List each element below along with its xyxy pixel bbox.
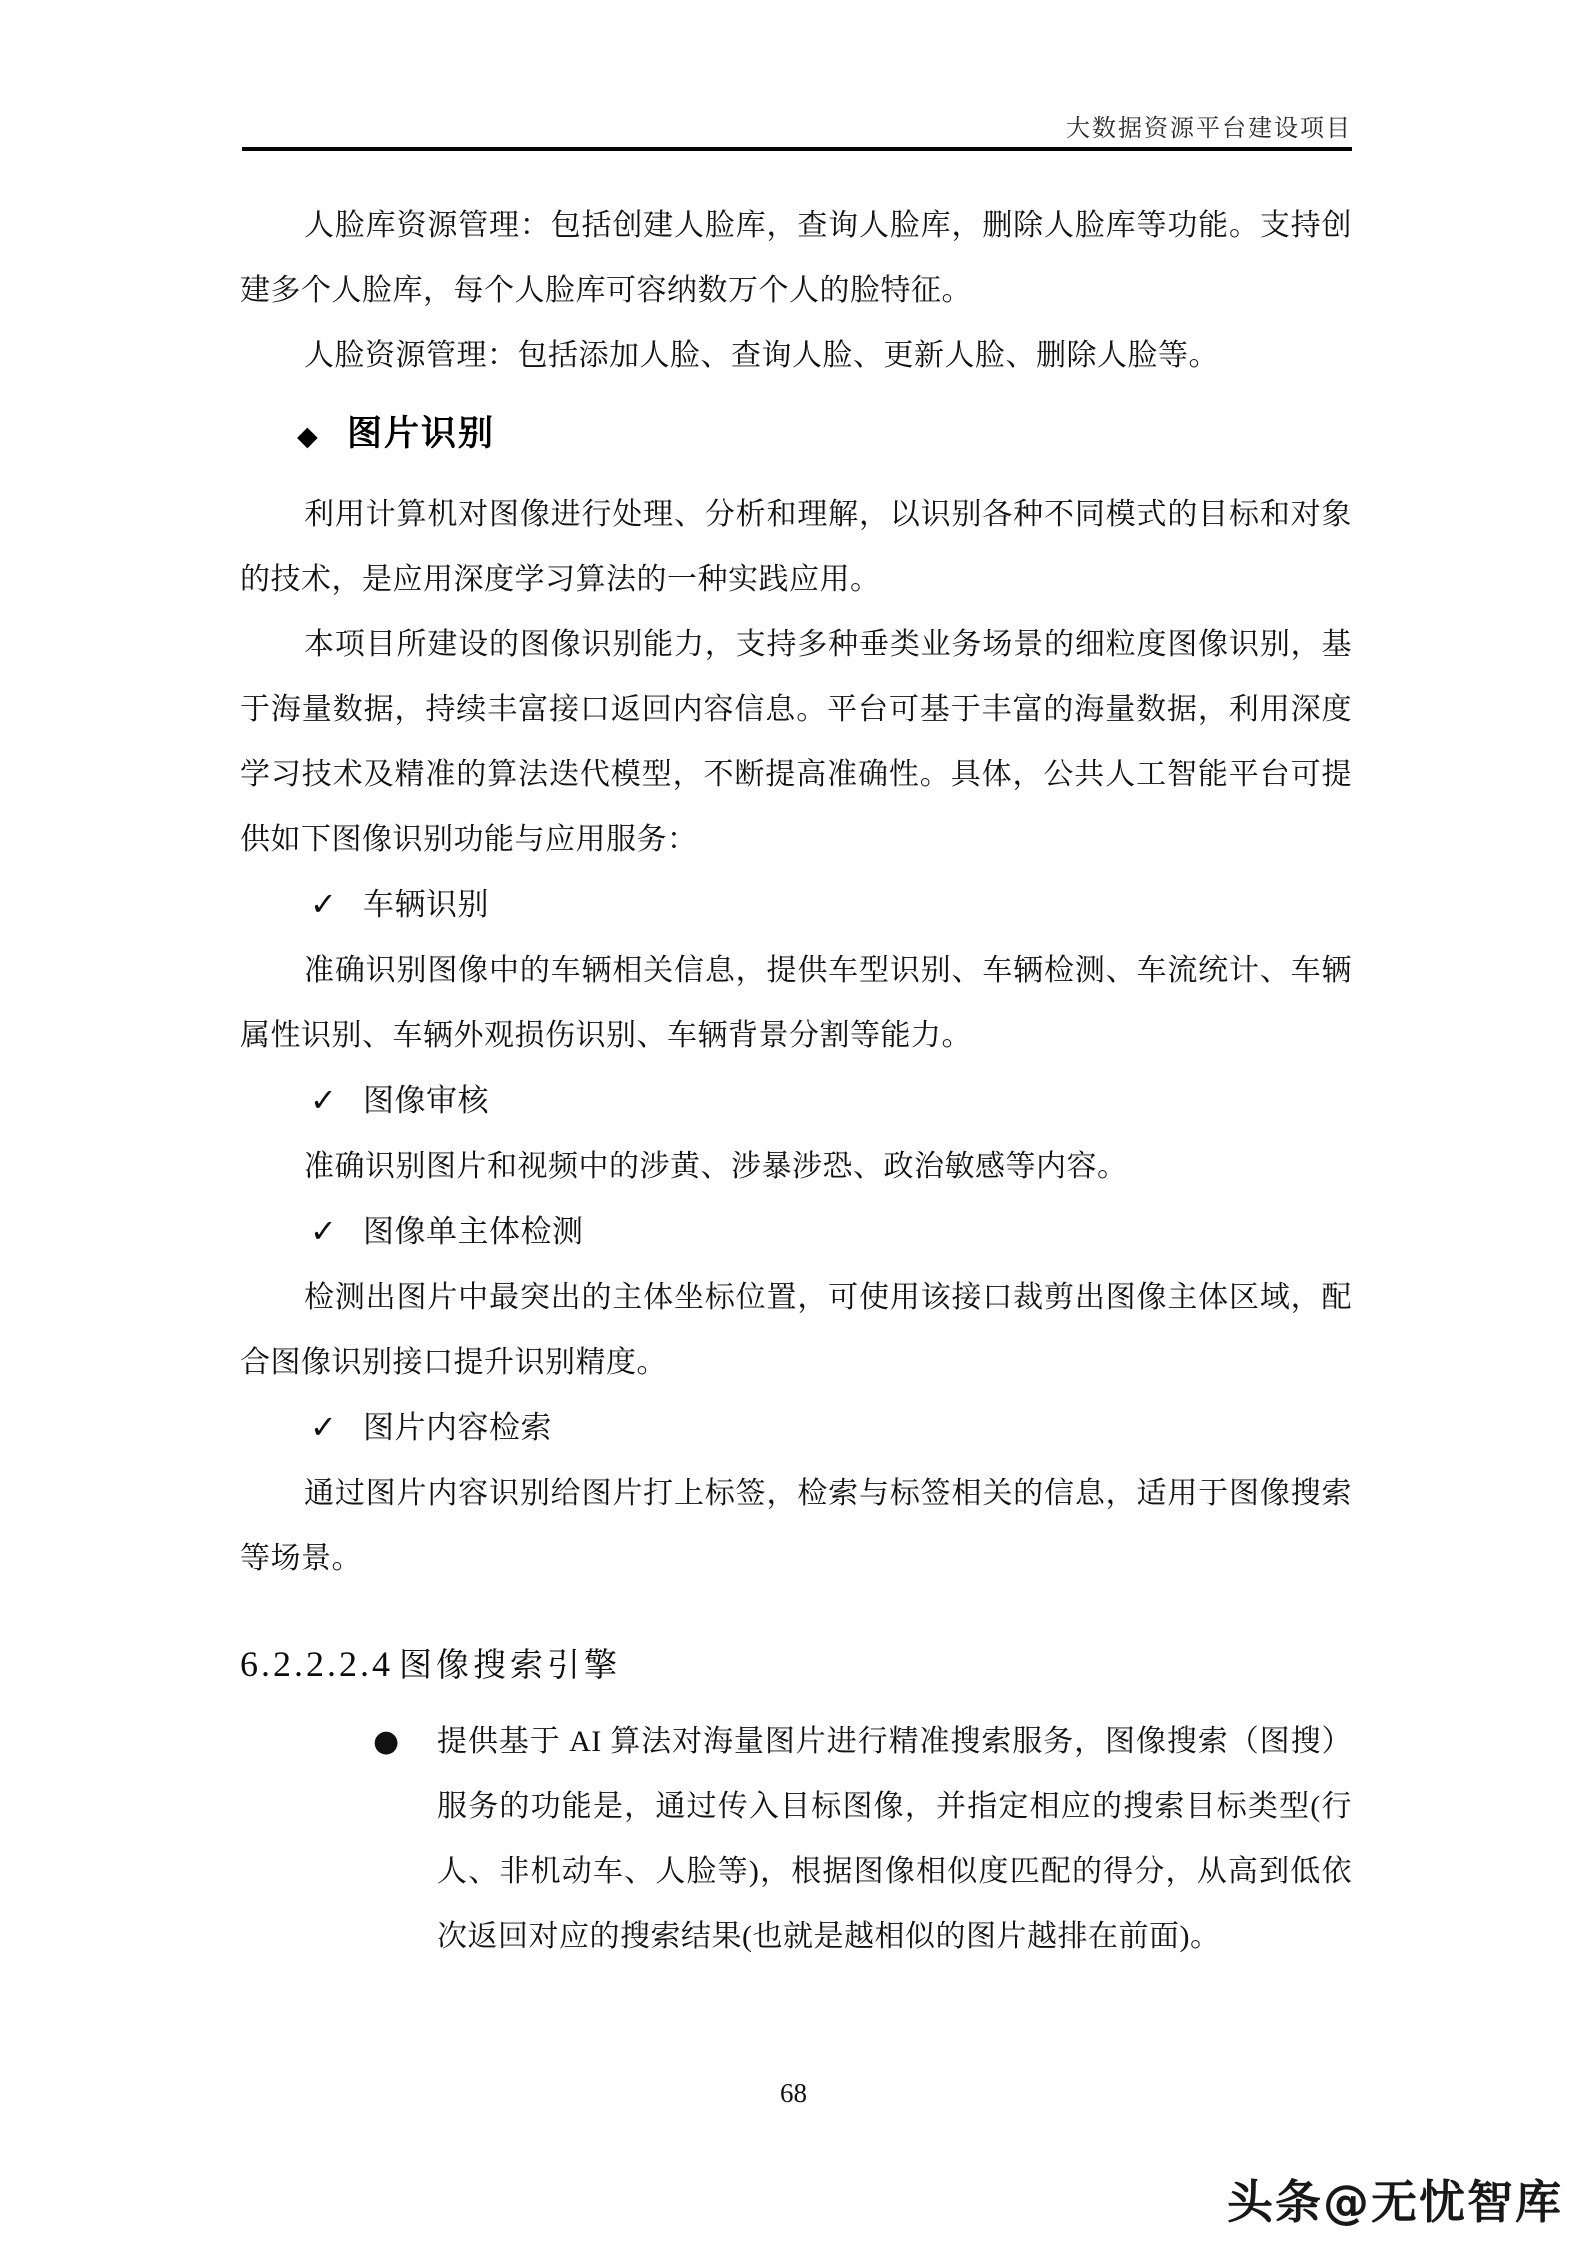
checklist-item-content-retrieval: ✓图片内容检索 [240,1395,1352,1461]
section-title: 图像搜索引擎 [399,1648,621,1684]
paragraph-single-subject: 检测出图片中最突出的主体坐标位置，可使用该接口裁剪出图像主体区域，配合图像识别接… [240,1265,1352,1395]
section-number: 6.2.2.2.4 [240,1644,393,1684]
paragraph-face-library: 人脸库资源管理：包括创建人脸库，查询人脸库，删除人脸库等功能。支持创建多个人脸库… [240,193,1352,323]
checklist-item-vehicle-label: 车辆识别 [363,887,489,922]
checklist-item-image-audit-label: 图像审核 [363,1083,489,1118]
checklist-item-single-subject-label: 图像单主体检测 [363,1214,584,1249]
paragraph-face-resource: 人脸资源管理：包括添加人脸、查询人脸、更新人脸、删除人脸等。 [240,323,1352,388]
paragraph-image-audit: 准确识别图片和视频中的涉黄、涉暴涉恐、政治敏感等内容。 [240,1134,1352,1199]
check-icon: ✓ [310,1199,363,1264]
paragraph-intro-2: 本项目所建设的图像识别能力，支持多种垂类业务场景的细粒度图像识别，基于海量数据，… [240,612,1352,872]
page-header-title: 大数据资源平台建设项目 [1066,108,1352,143]
checklist-item-vehicle: ✓车辆识别 [240,872,1352,938]
check-icon: ✓ [310,1395,363,1460]
paragraph-content-retrieval: 通过图片内容识别给图片打上标签，检索与标签相关的信息，适用于图像搜索等场景。 [240,1461,1352,1591]
paragraph-intro-1: 利用计算机对图像进行处理、分析和理解，以识别各种不同模式的目标和对象的技术，是应… [240,482,1352,612]
page-number: 68 [0,2078,1587,2109]
heading-image-recognition-label: 图片识别 [347,414,495,453]
checklist-item-content-retrieval-label: 图片内容检索 [363,1410,552,1445]
watermark: 头条@无忧智库 [1227,2166,1563,2232]
checklist-item-single-subject: ✓图像单主体检测 [240,1199,1352,1265]
check-icon: ✓ [310,1068,363,1133]
heading-image-recognition: ◆图片识别 [240,401,1352,469]
page-body: 人脸库资源管理：包括创建人脸库，查询人脸库，删除人脸库等功能。支持创建多个人脸库… [240,193,1352,1969]
checklist-item-image-audit: ✓图像审核 [240,1068,1352,1134]
document-page: 大数据资源平台建设项目 人脸库资源管理：包括创建人脸库，查询人脸库，删除人脸库等… [0,0,1587,2245]
paragraph-vehicle-recognition: 准确识别图像中的车辆相关信息，提供车型识别、车辆检测、车流统计、车辆属性识别、车… [240,938,1352,1068]
check-icon: ✓ [310,872,363,937]
bullet-item-image-search: ●提供基于 AI 算法对海量图片进行精准搜索服务，图像搜索（图搜）服务的功能是，… [240,1709,1352,1969]
bullet-item-image-search-text: 提供基于 AI 算法对海量图片进行精准搜索服务，图像搜索（图搜）服务的功能是，通… [437,1725,1352,1953]
diamond-bullet-icon: ◆ [297,404,347,469]
header-divider [242,147,1352,151]
section-heading-image-search: 6.2.2.2.4图像搜索引擎 [240,1629,1352,1701]
dot-bullet-icon: ● [373,1709,400,1774]
